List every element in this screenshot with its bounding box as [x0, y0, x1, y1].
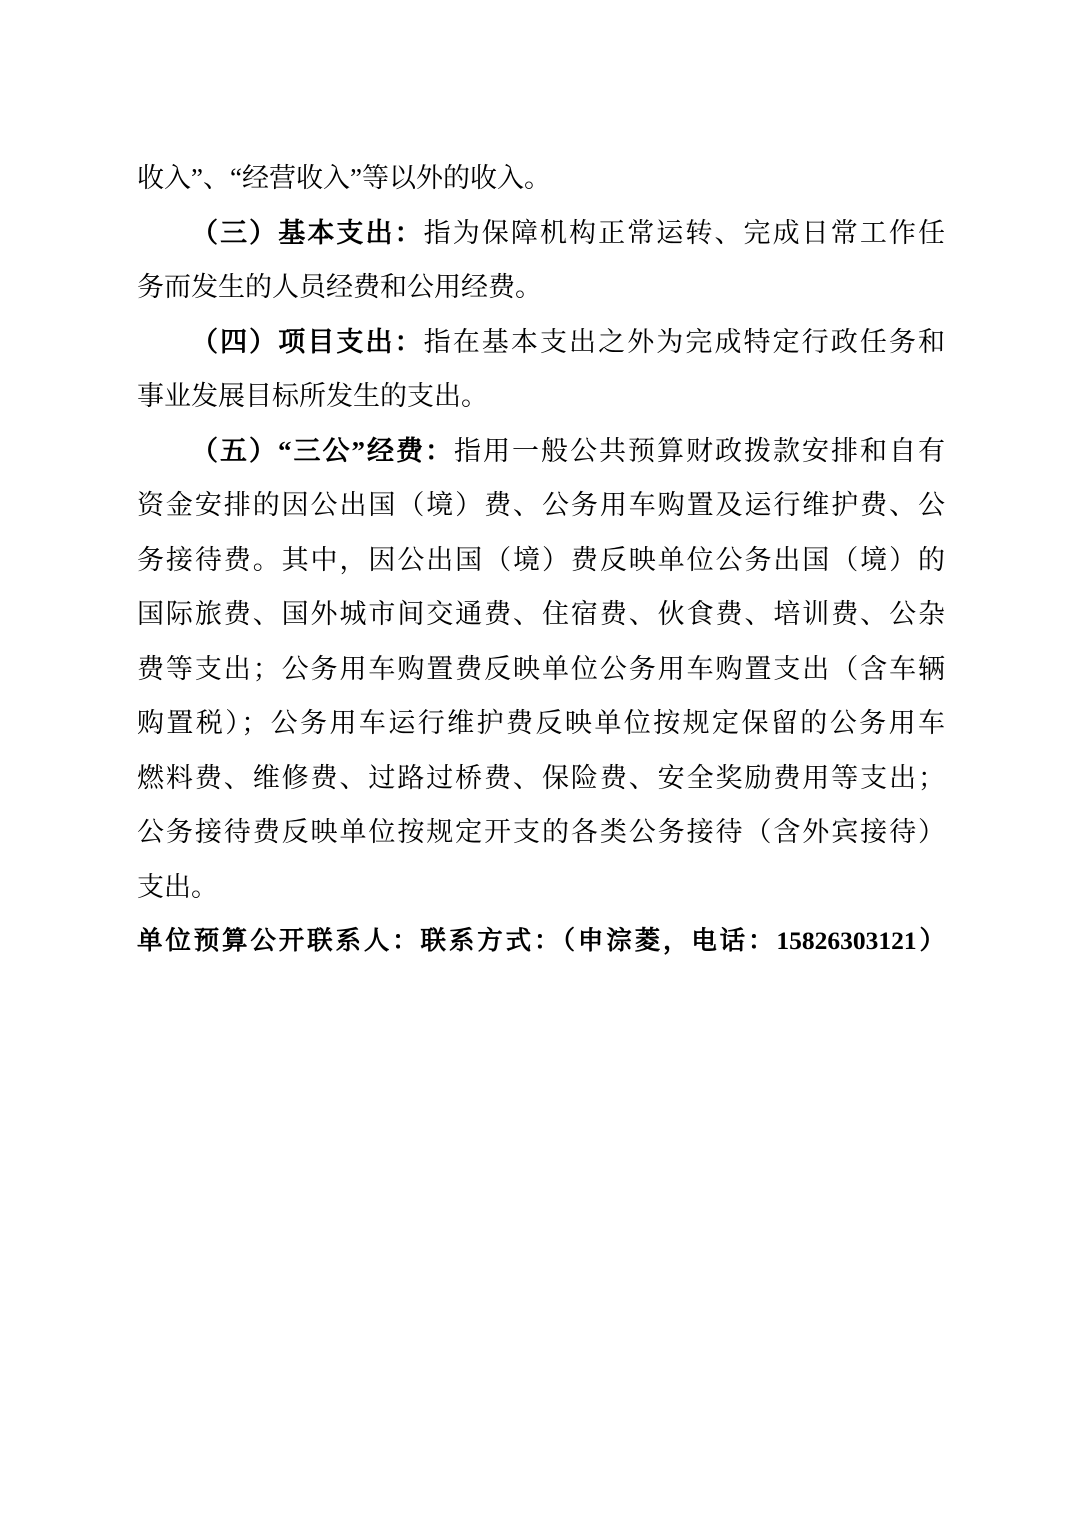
line-text-segment: 购置税）；公务用车运行维护费反映单位按规定保留的公务用车	[137, 708, 945, 738]
line-text-segment: 指在基本支出之外为完成特定行政任务和	[424, 327, 945, 357]
line-text-segment: 支出。	[137, 872, 218, 902]
document-line: 务接待费。其中，因公出国（境）费反映单位公务出国（境）的	[137, 533, 945, 588]
document-line: 公务接待费反映单位按规定开支的各类公务接待（含外宾接待）	[137, 805, 945, 860]
document-line: 事业发展目标所发生的支出。	[137, 369, 945, 424]
line-text-segment: 事业发展目标所发生的支出。	[137, 381, 488, 411]
document-line-section-5-heading: （五）“三公”经费：指用一般公共预算财政拨款安排和自有	[137, 424, 945, 479]
document-line: 支出。	[137, 860, 945, 915]
line-text-segment: 指为保障机构正常运转、完成日常工作任	[424, 218, 945, 248]
line-text-segment: 务而发生的人员经费和公用经费。	[137, 272, 542, 302]
contact-line-bold-segment: 单位预算公开联系人：联系方式：（申淙菱，电话：15826303121）	[137, 926, 945, 955]
line-text-segment: 收入”、“经营收入”等以外的收入。	[137, 163, 551, 193]
document-body: 收入”、“经营收入”等以外的收入。 （三）基本支出：指为保障机构正常运转、完成日…	[137, 151, 945, 969]
document-line-section-4-heading: （四）项目支出：指在基本支出之外为完成特定行政任务和	[137, 315, 945, 370]
contact-line: 单位预算公开联系人：联系方式：（申淙菱，电话：15826303121）	[137, 914, 945, 969]
line-text-segment: 国际旅费、国外城市间交通费、住宿费、伙食费、培训费、公杂	[137, 599, 945, 629]
line-text-segment: 燃料费、维修费、过路过桥费、保险费、安全奖励费用等支出；	[137, 763, 945, 793]
line-text-segment: 费等支出；公务用车购置费反映单位公务用车购置支出（含车辆	[137, 654, 945, 684]
document-line: 费等支出；公务用车购置费反映单位公务用车购置支出（含车辆	[137, 642, 945, 697]
section-heading-bold-segment: （五）“三公”经费：	[191, 436, 454, 466]
document-line: 资金安排的因公出国（境）费、公务用车购置及运行维护费、公	[137, 478, 945, 533]
line-text-segment: 公务接待费反映单位按规定开支的各类公务接待（含外宾接待）	[137, 817, 945, 847]
document-line: 务而发生的人员经费和公用经费。	[137, 260, 945, 315]
document-line: 收入”、“经营收入”等以外的收入。	[137, 151, 945, 206]
document-line: 购置税）；公务用车运行维护费反映单位按规定保留的公务用车	[137, 696, 945, 751]
section-heading-bold-segment: （三）基本支出：	[191, 218, 424, 248]
document-line: 国际旅费、国外城市间交通费、住宿费、伙食费、培训费、公杂	[137, 587, 945, 642]
document-line: 燃料费、维修费、过路过桥费、保险费、安全奖励费用等支出；	[137, 751, 945, 806]
line-text-segment: 务接待费。其中，因公出国（境）费反映单位公务出国（境）的	[137, 545, 945, 575]
section-heading-bold-segment: （四）项目支出：	[191, 327, 424, 357]
line-text-segment: 资金安排的因公出国（境）费、公务用车购置及运行维护费、公	[137, 490, 945, 520]
line-text-segment: 指用一般公共预算财政拨款安排和自有	[454, 436, 945, 466]
document-line-section-3-heading: （三）基本支出：指为保障机构正常运转、完成日常工作任	[137, 206, 945, 261]
document-page: 收入”、“经营收入”等以外的收入。 （三）基本支出：指为保障机构正常运转、完成日…	[0, 0, 1074, 1520]
